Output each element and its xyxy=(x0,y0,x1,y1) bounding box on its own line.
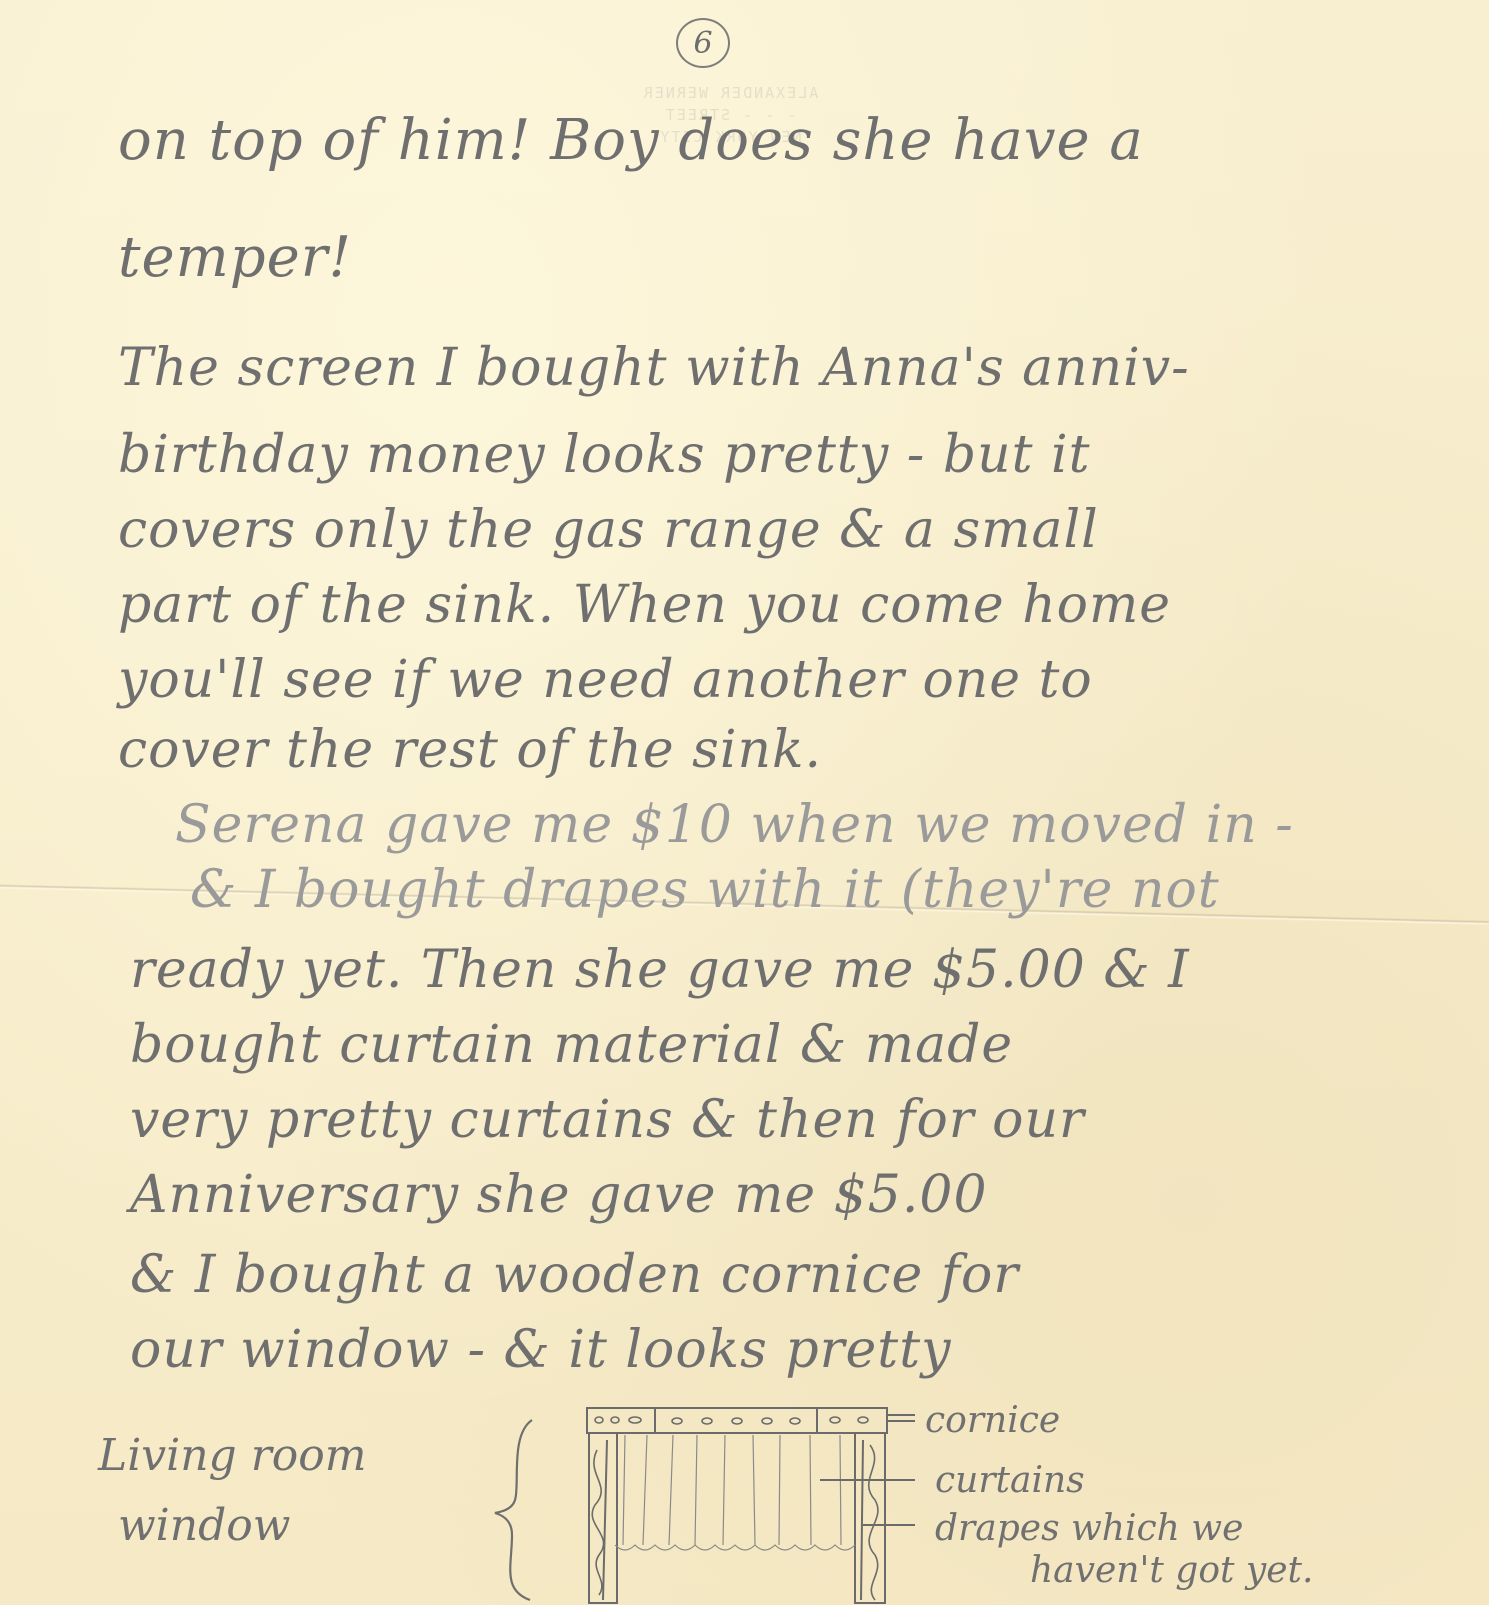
letter-page: ALEXANDER WERNER - - - STREET NEW YORK C… xyxy=(0,0,1489,1605)
text-line-13: very pretty curtains & then for our xyxy=(130,1090,1085,1150)
sketch-label-drapes-line-1: drapes which we xyxy=(935,1508,1243,1549)
sketch-caption-line-1: Living room xyxy=(98,1430,366,1481)
cornice-drawing xyxy=(587,1408,887,1433)
text-line-1: on top of him! Boy does she have a xyxy=(118,108,1144,173)
text-line-3: The screen I bought with Anna's anniv- xyxy=(118,338,1190,398)
sketch-label-drapes-line-2: haven't got yet. xyxy=(1030,1550,1313,1591)
sketch-label-cornice: cornice xyxy=(925,1400,1060,1441)
page-number: 6 xyxy=(676,18,730,68)
text-line-9: Serena gave me $10 when we moved in - xyxy=(175,795,1294,855)
curtains-drawing xyxy=(615,1435,855,1550)
sketch-label-curtains: curtains xyxy=(935,1460,1085,1501)
text-line-7: you'll see if we need another one to xyxy=(118,650,1093,710)
window-sketch xyxy=(585,1405,915,1605)
text-line-12: bought curtain material & made xyxy=(130,1015,1013,1075)
text-line-14: Anniversary she gave me $5.00 xyxy=(130,1165,988,1225)
text-line-16: our window - & it looks pretty xyxy=(130,1320,951,1380)
sketch-caption-line-2: window xyxy=(118,1500,290,1551)
text-line-10: & I bought drapes with it (they're not xyxy=(190,860,1220,920)
right-drape-drawing xyxy=(855,1433,885,1603)
text-line-4: birthday money looks pretty - but it xyxy=(118,425,1091,485)
text-line-8: cover the rest of the sink. xyxy=(118,720,822,780)
text-line-2: temper! xyxy=(118,225,352,290)
text-line-6: part of the sink. When you come home xyxy=(118,575,1171,635)
text-line-15: & I bought a wooden cornice for xyxy=(130,1245,1019,1305)
text-line-5: covers only the gas range & a small xyxy=(118,500,1099,560)
text-line-11: ready yet. Then she gave me $5.00 & I xyxy=(130,940,1190,1000)
curly-brace-icon xyxy=(490,1415,550,1605)
